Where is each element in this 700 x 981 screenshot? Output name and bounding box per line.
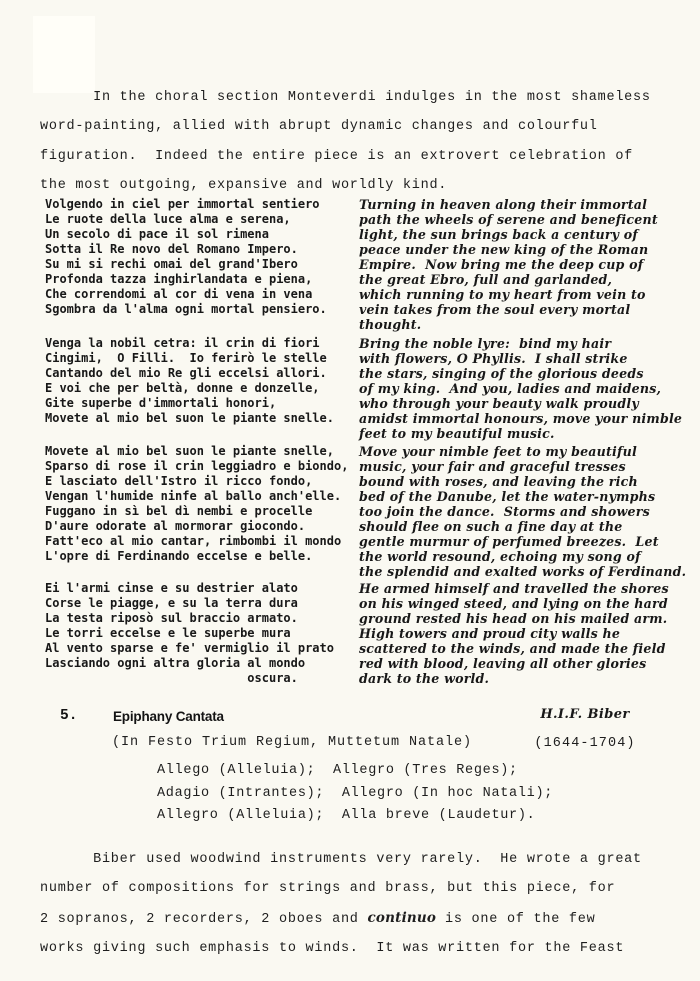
stanza-4-english: He armed himself and travelled the shore… xyxy=(359,581,669,686)
composer-name: H.I.F. Biber xyxy=(515,707,655,722)
stanza-2-italian: Venga la nobil cetra: il crin di fiori C… xyxy=(45,336,334,426)
section-subtitle: (In Festo Trium Regium, Muttetum Natale) xyxy=(112,735,472,750)
intro-paragraph: In the choral section Monteverdi indulge… xyxy=(40,83,680,201)
closing-paragraph: Biber used woodwind instruments very rar… xyxy=(40,845,685,964)
composer-dates: (1644-1704) xyxy=(515,736,655,751)
closing-italic-word: continuo xyxy=(368,910,437,926)
stanza-1-english: Turning in heaven along their immortal p… xyxy=(359,197,658,332)
section-title: Epiphany Cantata xyxy=(113,709,224,724)
section-number: 5. xyxy=(60,708,77,724)
movements-list: Allego (Alleluia); Allegro (Tres Reges);… xyxy=(157,760,553,828)
stanza-3-english: Move your nimble feet to my beautiful mu… xyxy=(359,444,686,579)
stanza-1-italian: Volgendo in ciel per immortal sentiero L… xyxy=(45,197,327,317)
scan-light-patch xyxy=(33,16,95,93)
document-page: In the choral section Monteverdi indulge… xyxy=(0,0,700,981)
stanza-4-italian: Ei l'armi cinse e su destrier alato Cors… xyxy=(45,581,334,686)
stanza-2-english: Bring the noble lyre: bind my hair with … xyxy=(359,336,682,441)
stanza-3-italian: Movete al mio bel suon le piante snelle,… xyxy=(45,444,348,564)
